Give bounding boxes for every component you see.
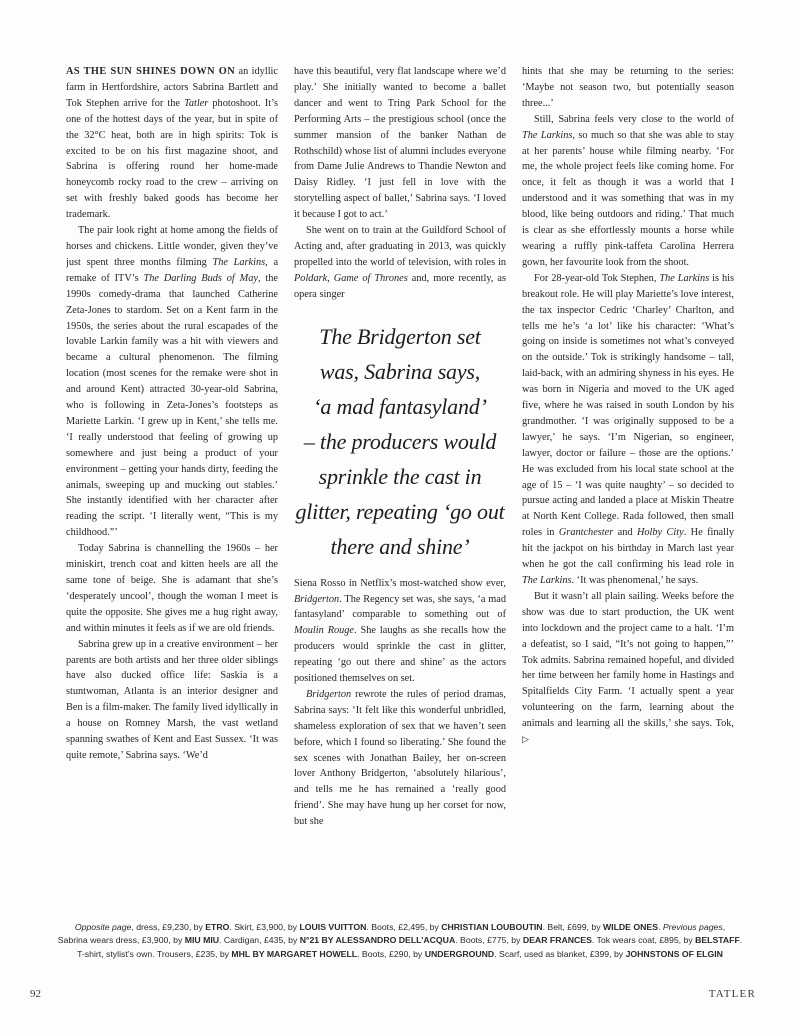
paragraph: Still, Sabrina feels very close to the w… xyxy=(522,112,734,271)
magazine-title: TATLER xyxy=(709,988,756,1000)
paragraph: hints that she may be returning to the s… xyxy=(522,64,734,112)
pull-quote-line: ‘a mad fantasyland’ xyxy=(280,389,520,424)
pull-quote-line: The Bridgerton set xyxy=(280,319,520,354)
paragraph: AS THE SUN SHINES DOWN ON an idyllic far… xyxy=(66,64,278,223)
paragraph: But it wasn’t all plain sailing. Weeks b… xyxy=(522,589,734,748)
paragraph: have this beautiful, very flat landscape… xyxy=(294,64,506,223)
page-number: 92 xyxy=(30,988,41,1000)
paragraph: For 28-year-old Tok Stephen, The Larkins… xyxy=(522,271,734,589)
pull-quote: The Bridgerton set was, Sabrina says, ‘a… xyxy=(280,319,520,564)
text-column-2: have this beautiful, very flat landscape… xyxy=(294,64,506,916)
credit-line: Sabrina wears dress, £3,900, by MIU MIU.… xyxy=(38,934,762,947)
paragraph: She went on to train at the Guildford Sc… xyxy=(294,223,506,303)
pull-quote-line: sprinkle the cast in xyxy=(280,459,520,494)
continuation-arrow-icon: ▷ xyxy=(522,734,529,744)
paragraph: The pair look right at home among the fi… xyxy=(66,223,278,541)
credit-line: Opposite page, dress, £9,230, by ETRO. S… xyxy=(38,921,762,934)
paragraph: Bridgerton rewrote the rules of period d… xyxy=(294,687,506,830)
pull-quote-line: was, Sabrina says, xyxy=(280,354,520,389)
pull-quote-line: glitter, repeating ‘go out xyxy=(280,494,520,529)
fashion-credits: Opposite page, dress, £9,230, by ETRO. S… xyxy=(38,921,762,961)
article-text: AS THE SUN SHINES DOWN ON an idyllic far… xyxy=(66,64,734,916)
paragraph: Sabrina grew up in a creative environmen… xyxy=(66,637,278,764)
magazine-page: AS THE SUN SHINES DOWN ON an idyllic far… xyxy=(0,0,800,1036)
text-column-3: hints that she may be returning to the s… xyxy=(522,64,734,916)
pull-quote-line: – the producers would xyxy=(280,424,520,459)
pull-quote-line: there and shine’ xyxy=(280,529,520,564)
paragraph: Today Sabrina is channelling the 1960s –… xyxy=(66,541,278,636)
text-column-1: AS THE SUN SHINES DOWN ON an idyllic far… xyxy=(66,64,278,916)
paragraph: Siena Rosso in Netflix’s most-watched sh… xyxy=(294,576,506,687)
credit-line: T-shirt, stylist’s own. Trousers, £235, … xyxy=(38,948,762,961)
